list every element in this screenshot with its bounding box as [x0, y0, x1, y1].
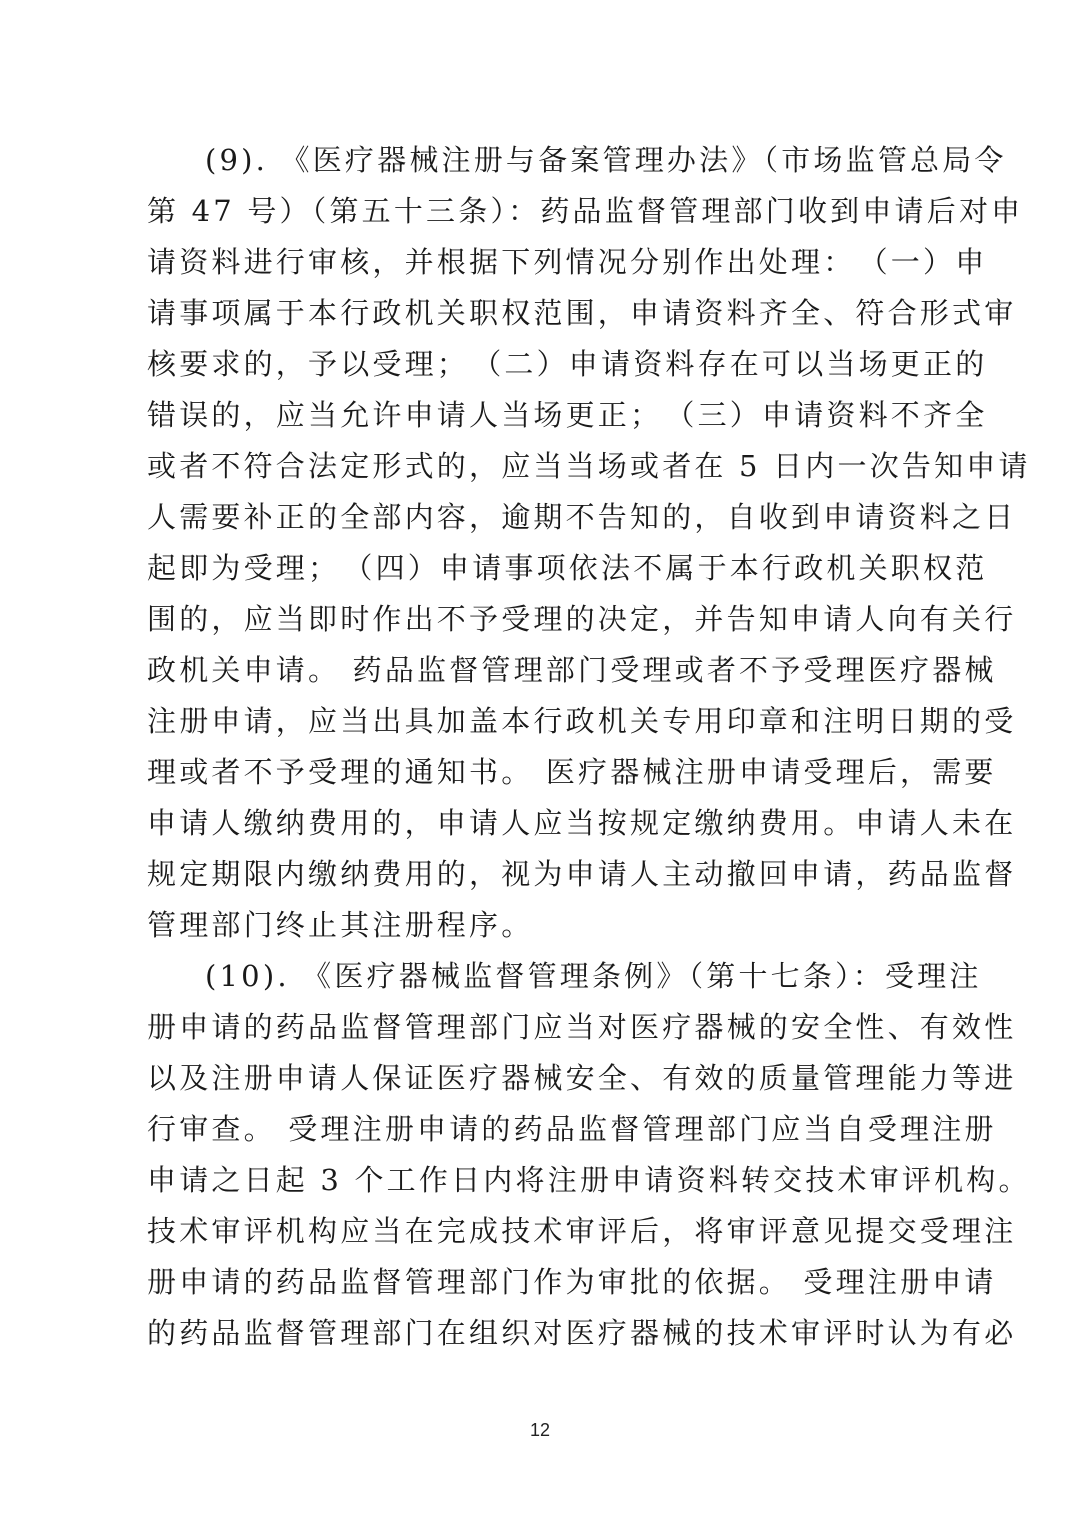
- text-line: 或者不符合法定形式的，应当当场或者在 5 日内一次告知申请: [147, 446, 937, 486]
- text-line: 人需要补正的全部内容，逾期不告知的，自收到申请资料之日: [147, 497, 937, 537]
- page-number: 12: [0, 1420, 1080, 1441]
- text-line: 以及注册申请人保证医疗器械安全、有效的质量管理能力等进: [147, 1058, 937, 1098]
- text-line: 申请人缴纳费用的，申请人应当按规定缴纳费用。申请人未在: [147, 803, 937, 843]
- text-line: 行审查。 受理注册申请的药品监督管理部门应当自受理注册: [147, 1109, 937, 1149]
- text-line: (9). 《医疗器械注册与备案管理办法》（市场监管总局令: [205, 140, 937, 180]
- text-line: 的药品监督管理部门在组织对医疗器械的技术审评时认为有必: [147, 1313, 937, 1353]
- text-line: 册申请的药品监督管理部门应当对医疗器械的安全性、有效性: [147, 1007, 937, 1047]
- text-line: 理或者不予受理的通知书。 医疗器械注册申请受理后，需要: [147, 752, 937, 792]
- text-line: 请事项属于本行政机关职权范围，申请资料齐全、符合形式审: [147, 293, 937, 333]
- text-line: 管理部门终止其注册程序。: [147, 905, 937, 945]
- text-line: 起即为受理； （四）申请事项依法不属于本行政机关职权范: [147, 548, 937, 588]
- text-line: 错误的，应当允许申请人当场更正； （三）申请资料不齐全: [147, 395, 937, 435]
- text-line: 规定期限内缴纳费用的，视为申请人主动撤回申请，药品监督: [147, 854, 937, 894]
- text-line: 申请之日起 3 个工作日内将注册申请资料转交技术审评机构。: [147, 1160, 937, 1200]
- text-line: 注册申请，应当出具加盖本行政机关专用印章和注明日期的受: [147, 701, 937, 741]
- text-line: 第 47 号）（第五十三条）：药品监督管理部门收到申请后对申: [147, 191, 937, 231]
- text-line: (10). 《医疗器械监督管理条例》（第十七条）：受理注: [205, 956, 937, 996]
- text-line: 围的，应当即时作出不予受理的决定，并告知申请人向有关行: [147, 599, 937, 639]
- text-line: 核要求的，予以受理； （二）申请资料存在可以当场更正的: [147, 344, 937, 384]
- text-line: 政机关申请。 药品监督管理部门受理或者不予受理医疗器械: [147, 650, 937, 690]
- document-page: (9). 《医疗器械注册与备案管理办法》（市场监管总局令 第 47 号）（第五十…: [0, 0, 1080, 1528]
- text-line: 册申请的药品监督管理部门作为审批的依据。 受理注册申请: [147, 1262, 937, 1302]
- text-line: 技术审评机构应当在完成技术审评后，将审评意见提交受理注: [147, 1211, 937, 1251]
- text-line: 请资料进行审核，并根据下列情况分别作出处理： （一）申: [147, 242, 937, 282]
